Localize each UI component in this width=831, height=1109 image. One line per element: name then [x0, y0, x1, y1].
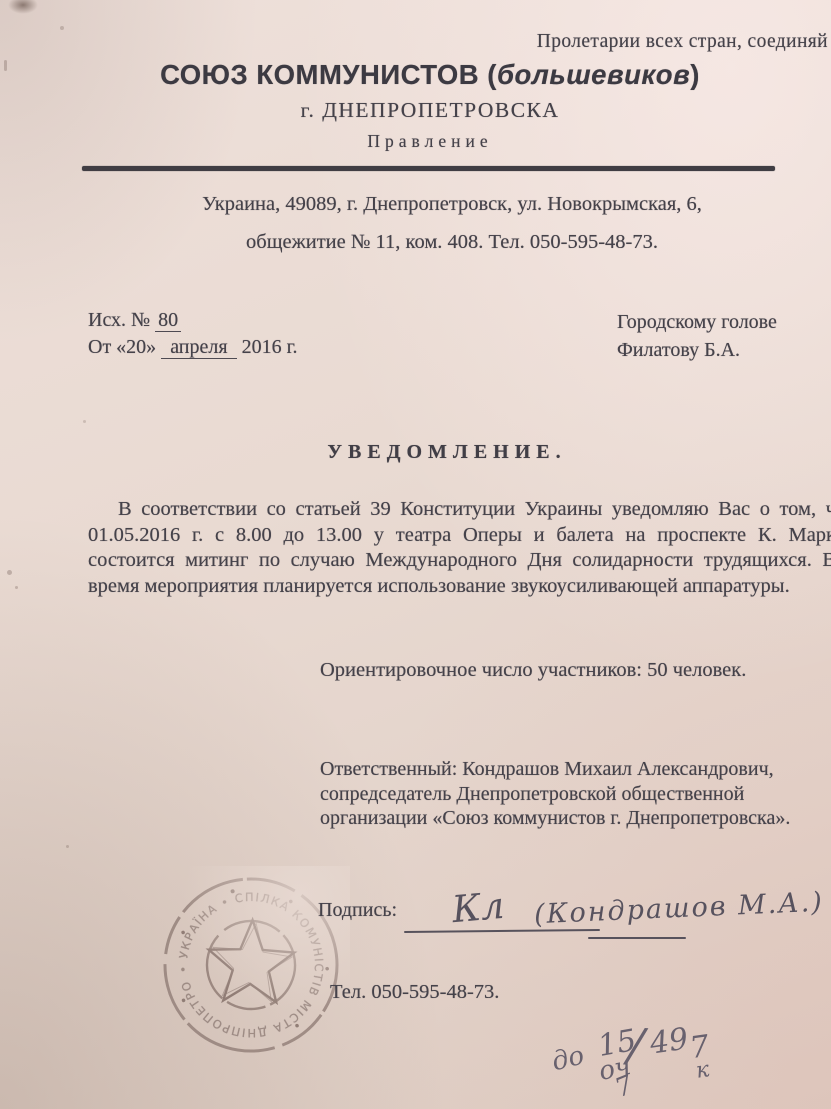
body-paragraph: В соответствии со статьей 39 Конституции… — [88, 497, 831, 599]
responsible-block: Ответственный: Кондрашов Михаил Александ… — [320, 757, 790, 831]
org-address-line1: Украина, 49089, г. Днепропетровск, ул. Н… — [0, 185, 831, 223]
addressee-block: Городскому голове Филатову Б.А. — [617, 309, 777, 364]
org-title-bold: СОЮЗ КОММУНИСТОВ ( — [160, 59, 497, 90]
phone-line: Тел. 050-595-48-73. — [330, 981, 499, 1004]
date-month: апреля — [161, 336, 236, 359]
outgoing-ref-line: Исх. № 80 — [88, 309, 181, 332]
org-city-line: г. ДНЕПРОПЕТРОВСКА — [0, 98, 831, 123]
body-line: время мероприятия планируется использова… — [88, 574, 831, 600]
paper-speck — [66, 845, 69, 848]
body-line: состоится митинг по случаю Международног… — [88, 548, 831, 574]
ref-number: 80 — [155, 309, 181, 332]
scanned-letter-page: Пролетарии всех стран, соединяй СОЮЗ КОМ… — [0, 0, 831, 1109]
org-title-italic: большевиков — [497, 59, 690, 90]
addressee-name: Филатову Б.А. — [617, 337, 777, 365]
motto-line: Пролетарии всех стран, соединяй — [537, 31, 828, 53]
org-address: Украина, 49089, г. Днепропетровск, ул. Н… — [0, 185, 831, 261]
org-title-close: ) — [690, 59, 700, 90]
note-part: 49 — [648, 1022, 691, 1062]
paper-speck — [15, 586, 18, 589]
letterhead-divider — [82, 166, 775, 171]
paper-speck — [7, 570, 12, 575]
signature-handwritten-initials: Кл — [450, 884, 506, 931]
signature-underline — [404, 929, 600, 933]
body-line: В соответствии со статьей 39 Конституции… — [88, 497, 831, 523]
body-line: 01.05.2016 г. с 8.00 до 13.00 у театра О… — [88, 523, 831, 549]
paper-speck — [60, 26, 64, 30]
signature-label: Подпись: — [318, 899, 397, 922]
stamp-fade-overlay — [152, 866, 350, 1064]
date-line: От «20» апреля 2016 г. — [88, 336, 298, 359]
date-suffix: 2016 г. — [242, 336, 298, 358]
signature-handwritten-name: (Кондрашов М.А.) — [533, 887, 824, 931]
responsible-line: Ответственный: Кондрашов Михаил Александ… — [320, 757, 790, 782]
responsible-line: организации «Союз коммунистов г. Днепроп… — [320, 806, 790, 831]
participants-line: Ориентировочное число участников: 50 чел… — [320, 659, 746, 682]
signature-name-underline — [588, 937, 686, 939]
document-title: УВЕДОМЛЕНИЕ. — [0, 441, 831, 464]
org-address-line2: общежитие № 11, ком. 408. Тел. 050-595-4… — [0, 223, 831, 261]
paper-speck — [8, 0, 38, 14]
note-part: до — [549, 1041, 587, 1078]
note-part: 7 — [611, 1070, 638, 1104]
responsible-line: сопредседатель Днепропетровской обществе… — [320, 782, 790, 807]
date-prefix: От «20» — [88, 336, 156, 358]
paper-speck — [83, 420, 86, 423]
ref-label: Исх. № — [88, 309, 150, 331]
paper-speck — [4, 60, 7, 71]
addressee-title: Городскому голове — [617, 309, 777, 337]
org-board-line: Правление — [0, 131, 831, 152]
org-title: СОЮЗ КОММУНИСТОВ (большевиков) — [0, 59, 831, 91]
